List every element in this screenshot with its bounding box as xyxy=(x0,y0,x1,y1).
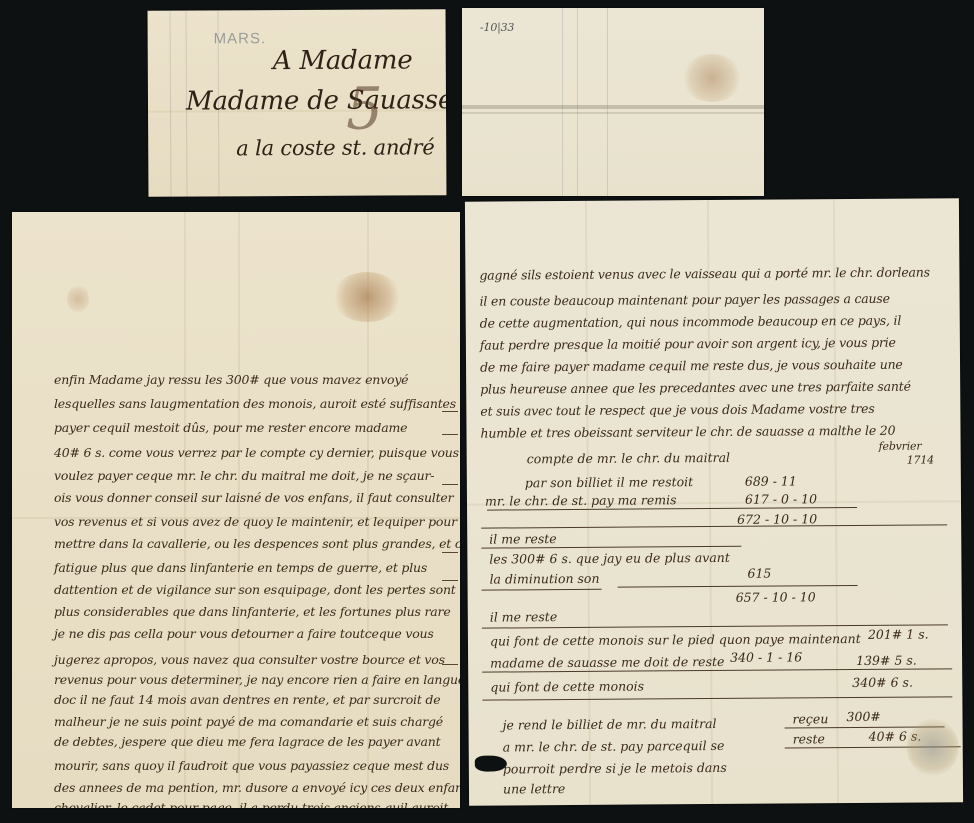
letter-body-right: gagné sils estoient venus avec le vaisse… xyxy=(465,198,959,201)
account-row-amount: 201# 1 s. xyxy=(868,627,929,642)
account-row-label: les 300# 6 s. que jay eu de plus avant xyxy=(489,550,730,567)
letter-line: de debtes, jespere que dieu me fera lagr… xyxy=(54,736,440,749)
wax-seal-stain xyxy=(682,54,742,102)
letter-page-right: gagné sils estoient venus avec le vaisse… xyxy=(465,198,963,805)
letter-line: voulez payer ceque mr. le chr. du maitra… xyxy=(54,470,434,483)
letter-line: humble et tres obeissant serviteur le ch… xyxy=(480,425,895,440)
dateline-year: 1714 xyxy=(907,454,934,465)
letter-line: je ne dis pas cella pour vous detourner … xyxy=(54,628,434,641)
charge-mark: 5 xyxy=(346,80,383,138)
letter-line: mettre dans la cavallerie, ou les despen… xyxy=(54,538,460,551)
address-line-2: Madame de Sauasse xyxy=(186,87,447,114)
letter-line: de cette augmentation, qui nous incommod… xyxy=(480,315,901,330)
letter-line: plus considerables que dans linfanterie,… xyxy=(54,606,451,619)
docket-note: -10|33 xyxy=(480,22,514,33)
letter-line: lesquelles sans laugmentation des monois… xyxy=(54,398,460,411)
letter-line: dattention et de vigilance sur son esqui… xyxy=(54,584,456,597)
paper-hole xyxy=(475,755,507,771)
account-row-amount: 689 - 11 xyxy=(745,473,797,488)
summary-label: reste xyxy=(793,731,825,746)
cover-back: -10|33 xyxy=(462,8,764,196)
letter-line: enfin Madame jay ressu les 300# que vous… xyxy=(54,374,408,387)
account-row-amount: 615 xyxy=(747,566,771,581)
letter-line: des annees de ma pention, mr. dusore a e… xyxy=(54,782,460,795)
ink-stain xyxy=(332,272,402,322)
account-row-amount: 617 - 0 - 10 xyxy=(745,491,817,507)
account-row-total: 139# 5 s. xyxy=(856,653,917,668)
note-line: je rend le billiet de mr. du maitral xyxy=(502,716,716,732)
letter-page-left: enfin Madame jay ressu les 300# que vous… xyxy=(12,212,460,808)
letter-line: jugerez apropos, vous navez qua consulte… xyxy=(54,654,445,667)
account-row-label: madame de sauasse me doit de reste xyxy=(490,654,724,671)
letter-line: gagné sils estoient venus avec le vaisse… xyxy=(479,266,930,282)
letter-line: plus heureuse annee que les precedantes … xyxy=(480,381,911,397)
letter-line: faut perdre presque la moitié pour avoir… xyxy=(480,337,896,352)
account-row-label: qui font de cette monois xyxy=(490,678,644,694)
account-row-label: mr. le chr. de st. pay ma remis xyxy=(485,492,677,508)
address-line-3: a la coste st. andré xyxy=(236,137,434,159)
letter-line: payer cequil mestoit dûs, pour me rester… xyxy=(54,422,407,435)
summary-amount: 300# xyxy=(846,709,880,724)
summary-label: reçeu xyxy=(792,711,828,726)
account-row-total: 340# 6 s. xyxy=(852,675,913,690)
letter-line: chevalier, le cadet pour page, il a perd… xyxy=(54,802,448,808)
account-row-amount: 340 - 1 - 16 xyxy=(730,649,802,665)
note-line: une lettre xyxy=(503,781,565,796)
letter-line: fatigue plus que dans linfanterie en tem… xyxy=(54,562,427,575)
account-row-label: la diminution son xyxy=(489,571,599,587)
seal-residue-stain xyxy=(907,718,959,776)
letter-line: 40# 6 s. come vous verrez par le compte … xyxy=(54,447,459,460)
cover-front: MARS. A Madame Madame de Sauasse a la co… xyxy=(148,9,447,197)
note-line: pourroit perdre si je le metois dans xyxy=(503,760,727,777)
letter-line: doc il ne faut 14 mois avan dentres en r… xyxy=(54,694,440,707)
letter-line: de me faire payer madame cequil me reste… xyxy=(480,359,903,374)
letter-line: ois vous donner conseil sur laisné de vo… xyxy=(54,492,453,505)
letter-line: mourir, sans quoy il faudroit que vous p… xyxy=(54,760,449,773)
dateline-month: febvrier xyxy=(879,441,922,452)
letter-line: revenus pour vous determiner, je nay enc… xyxy=(54,674,460,687)
letter-line: vos revenus et si vous avez de quoy le m… xyxy=(54,516,460,529)
note-line: a mr. le chr. de st. pay parcequil se xyxy=(503,738,725,755)
postmark-stamp: MARS. xyxy=(214,30,267,47)
address-line-1: A Madame xyxy=(273,47,413,74)
account-row-label: il me reste xyxy=(490,609,558,624)
letter-line: et suis avec tout le respect que je vous… xyxy=(480,403,874,418)
account-title: compte de mr. le chr. du maitral xyxy=(527,450,730,466)
account-row-label: qui font de cette monois sur le pied quo… xyxy=(490,631,861,649)
letter-line: malheur je ne suis point payé de ma coma… xyxy=(54,716,443,729)
account-row-amount: 657 - 10 - 10 xyxy=(736,589,816,605)
account-row-label: il me reste xyxy=(489,531,557,546)
account-section: compte de mr. le chr. du maitral par son… xyxy=(465,198,959,201)
account-row-label: par son billiet il me restoit xyxy=(525,474,693,490)
letter-line: il en couste beaucoup maintenant pour pa… xyxy=(480,293,890,308)
